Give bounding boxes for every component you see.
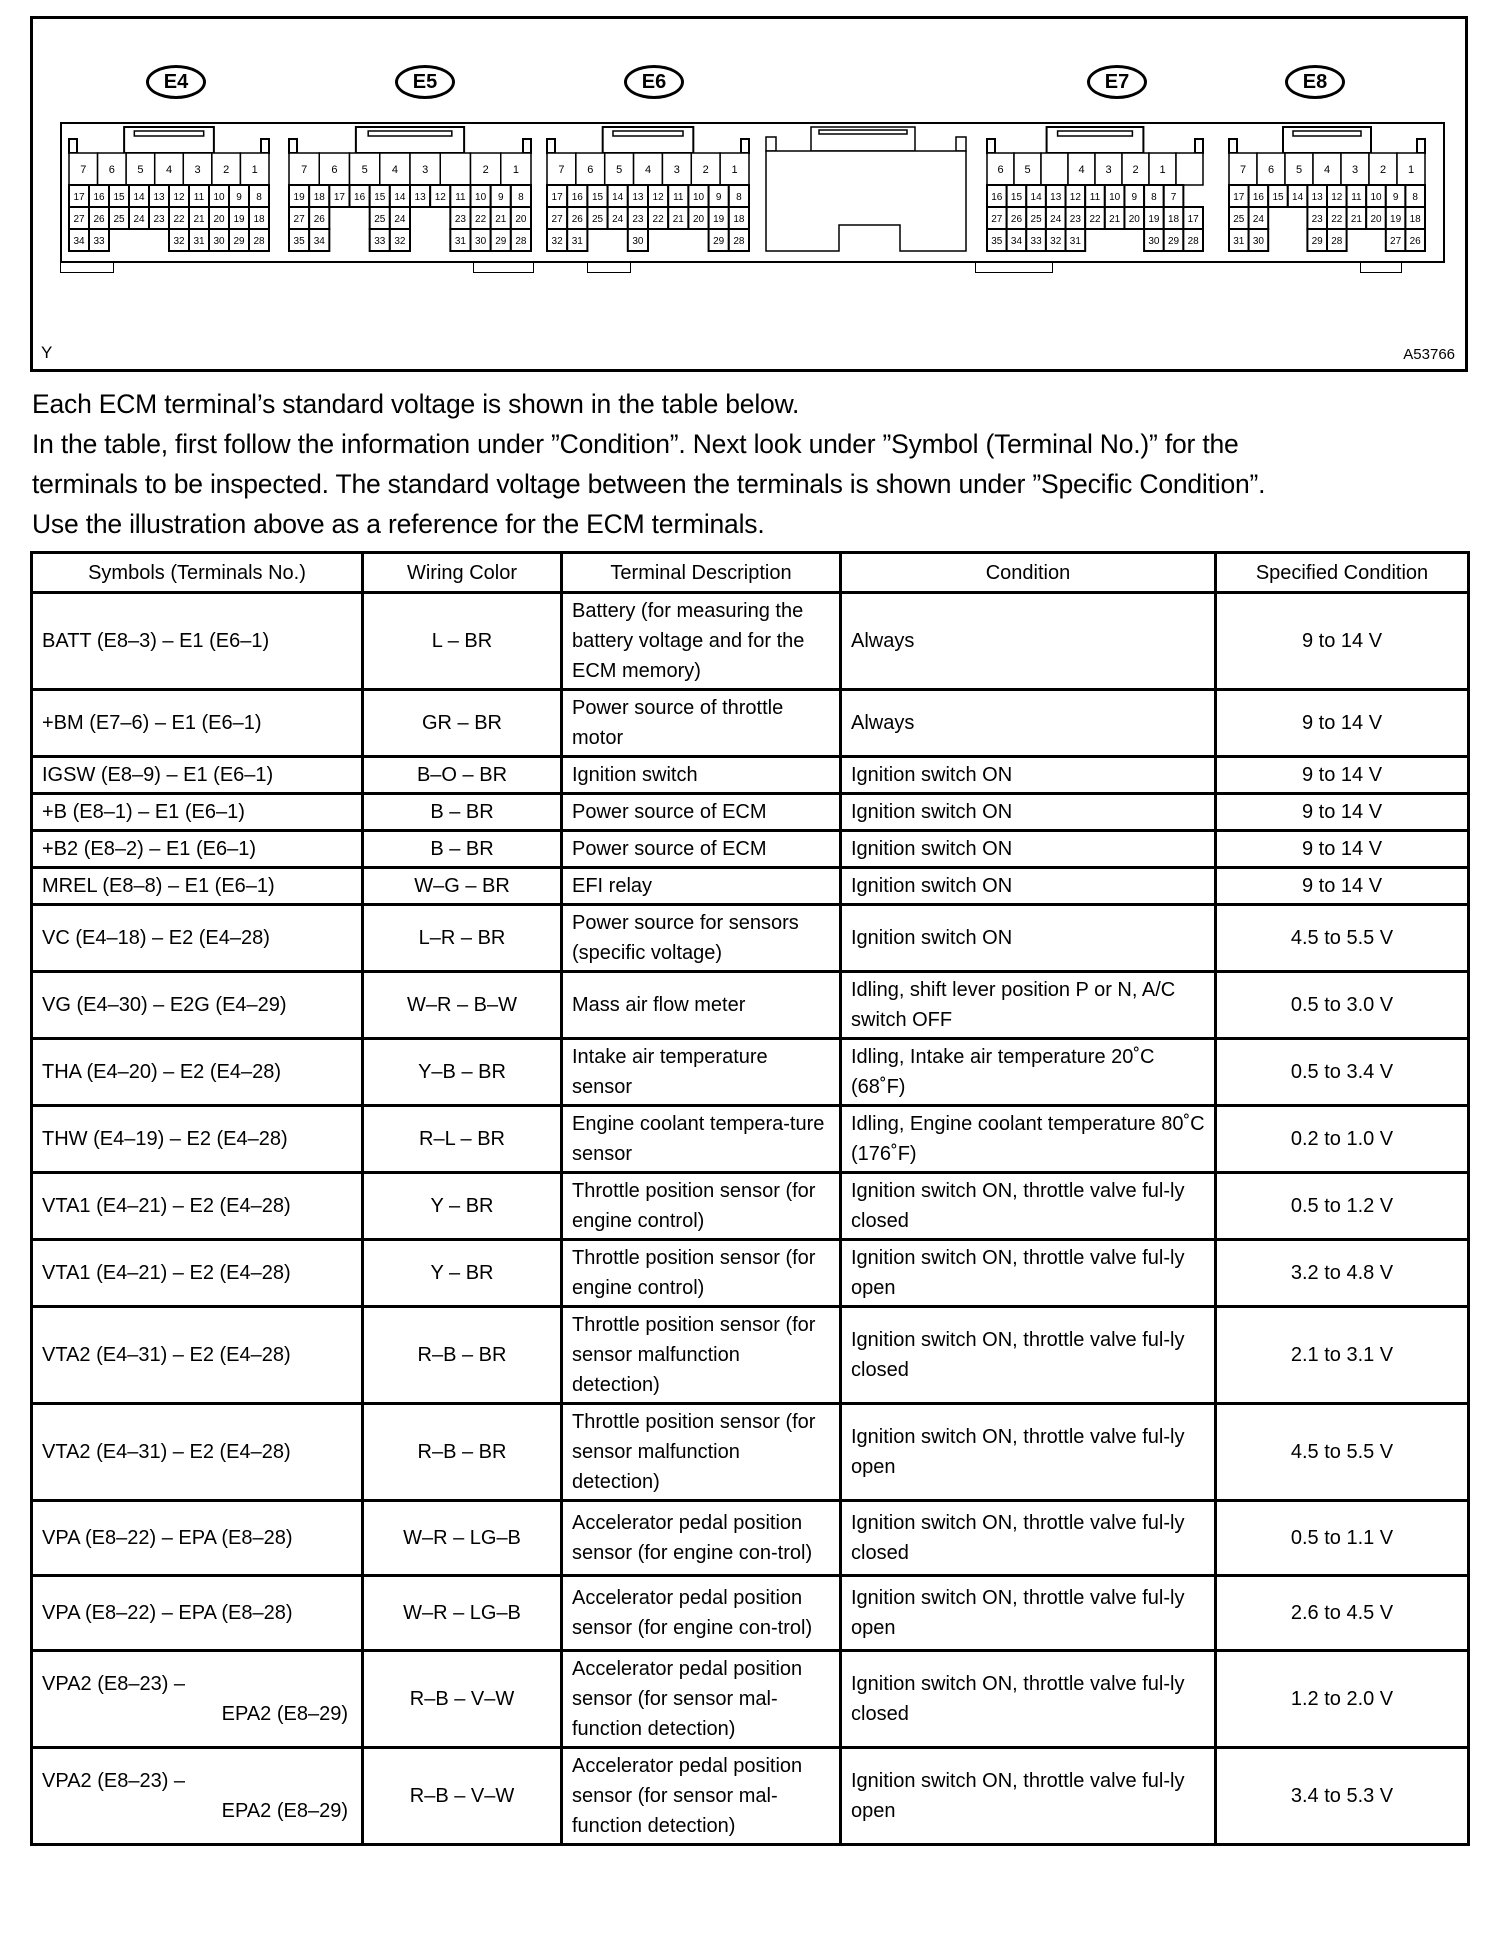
cell-symbol: VPA (E8–22) – EPA (E8–28) <box>32 1501 363 1576</box>
svg-text:15: 15 <box>1011 192 1023 203</box>
table-row: THA (E4–20) – E2 (E4–28)Y–B – BRIntake a… <box>32 1039 1469 1106</box>
svg-text:27: 27 <box>991 214 1003 225</box>
svg-text:1: 1 <box>1159 164 1165 176</box>
svg-text:19: 19 <box>713 214 725 225</box>
svg-text:14: 14 <box>133 192 145 203</box>
svg-text:2: 2 <box>703 164 709 176</box>
cell-symbol: VTA1 (E4–21) – E2 (E4–28) <box>32 1240 363 1307</box>
svg-text:12: 12 <box>1070 192 1082 203</box>
cell-wiring-color: B – BR <box>363 831 562 868</box>
svg-text:31: 31 <box>572 236 584 247</box>
connector-label-e4: E4 <box>146 65 206 99</box>
intro-line: Each ECM terminal’s standard voltage is … <box>32 384 1472 424</box>
svg-text:2: 2 <box>1380 164 1386 176</box>
svg-text:25: 25 <box>113 214 125 225</box>
cell-wiring-color: R–L – BR <box>363 1106 562 1173</box>
svg-text:17: 17 <box>334 192 346 203</box>
svg-text:14: 14 <box>1031 192 1043 203</box>
cell-terminal-description: Battery (for measuring the battery volta… <box>562 593 841 690</box>
cell-terminal-description: Engine coolant tempera-ture sensor <box>562 1106 841 1173</box>
cell-terminal-description: Power source for sensors (specific volta… <box>562 905 841 972</box>
cell-condition: Always <box>841 690 1216 757</box>
cell-specified-condition: 9 to 14 V <box>1216 690 1469 757</box>
table-row: +BM (E7–6) – E1 (E6–1)GR – BRPower sourc… <box>32 690 1469 757</box>
svg-text:1: 1 <box>732 164 738 176</box>
svg-text:9: 9 <box>1131 192 1137 203</box>
svg-text:28: 28 <box>1331 236 1343 247</box>
table-row: VG (E4–30) – E2G (E4–29)W–R – B–WMass ai… <box>32 972 1469 1039</box>
svg-text:25: 25 <box>1031 214 1043 225</box>
header-terminal-description: Terminal Description <box>562 553 841 593</box>
svg-text:35: 35 <box>294 236 306 247</box>
header-condition: Condition <box>841 553 1216 593</box>
cell-specified-condition: 3.2 to 4.8 V <box>1216 1240 1469 1307</box>
svg-text:8: 8 <box>736 192 742 203</box>
cell-wiring-color: W–R – LG–B <box>363 1501 562 1576</box>
cell-terminal-description: Intake air temperature sensor <box>562 1039 841 1106</box>
svg-text:11: 11 <box>194 192 205 203</box>
cell-symbol: VPA2 (E8–23) –EPA2 (E8–29) <box>32 1651 363 1748</box>
svg-text:19: 19 <box>1390 214 1402 225</box>
cell-specified-condition: 0.5 to 1.1 V <box>1216 1501 1469 1576</box>
cell-symbol: THA (E4–20) – E2 (E4–28) <box>32 1039 363 1106</box>
svg-text:16: 16 <box>991 192 1003 203</box>
cell-condition: Ignition switch ON, throttle valve ful-l… <box>841 1307 1216 1404</box>
cell-condition: Ignition switch ON, throttle valve ful-l… <box>841 1404 1216 1501</box>
cell-condition: Ignition switch ON <box>841 868 1216 905</box>
cell-wiring-color: W–R – LG–B <box>363 1576 562 1651</box>
cell-wiring-color: L – BR <box>363 593 562 690</box>
svg-text:3: 3 <box>422 164 428 176</box>
cell-symbol: VTA2 (E4–31) – E2 (E4–28) <box>32 1404 363 1501</box>
svg-text:8: 8 <box>256 192 262 203</box>
svg-text:32: 32 <box>552 236 564 247</box>
cell-terminal-description: Throttle position sensor (for sensor mal… <box>562 1307 841 1404</box>
connector-label-e6: E6 <box>624 65 684 99</box>
svg-text:18: 18 <box>733 214 745 225</box>
connector-e6: 7654321171615141312111098272625242322212… <box>545 125 751 255</box>
svg-text:23: 23 <box>632 214 644 225</box>
cell-terminal-description: Ignition switch <box>562 757 841 794</box>
svg-text:1: 1 <box>1408 164 1414 176</box>
svg-text:22: 22 <box>173 214 185 225</box>
cell-wiring-color: Y–B – BR <box>363 1039 562 1106</box>
svg-text:14: 14 <box>1292 192 1304 203</box>
cell-condition: Ignition switch ON, throttle valve ful-l… <box>841 1576 1216 1651</box>
svg-text:29: 29 <box>713 236 725 247</box>
svg-text:16: 16 <box>572 192 584 203</box>
cell-specified-condition: 1.2 to 2.0 V <box>1216 1651 1469 1748</box>
svg-text:4: 4 <box>1078 164 1084 176</box>
svg-text:25: 25 <box>1233 214 1245 225</box>
svg-text:26: 26 <box>93 214 105 225</box>
svg-text:20: 20 <box>1129 214 1141 225</box>
svg-text:33: 33 <box>93 236 105 247</box>
svg-text:27: 27 <box>73 214 85 225</box>
svg-text:21: 21 <box>1109 214 1121 225</box>
cell-condition: Ignition switch ON, throttle valve ful-l… <box>841 1240 1216 1307</box>
svg-text:8: 8 <box>1151 192 1157 203</box>
svg-text:15: 15 <box>592 192 604 203</box>
cell-symbol: +B2 (E8–2) – E1 (E6–1) <box>32 831 363 868</box>
svg-text:20: 20 <box>213 214 225 225</box>
intro-line: terminals to be inspected. The standard … <box>32 464 1472 504</box>
svg-text:21: 21 <box>1351 214 1363 225</box>
svg-text:17: 17 <box>1188 214 1200 225</box>
table-row: MREL (E8–8) – E1 (E6–1)W–G – BREFI relay… <box>32 868 1469 905</box>
terminal-voltage-table: Symbols (Terminals No.) Wiring Color Ter… <box>30 551 1470 1846</box>
svg-text:18: 18 <box>314 192 326 203</box>
svg-text:30: 30 <box>1253 236 1265 247</box>
cell-terminal-description: Accelerator pedal position sensor (for s… <box>562 1748 841 1845</box>
svg-text:24: 24 <box>612 214 624 225</box>
symbol-line: VPA2 (E8–23) – <box>42 1770 185 1792</box>
table-row: +B2 (E8–2) – E1 (E6–1)B – BRPower source… <box>32 831 1469 868</box>
cell-condition: Ignition switch ON <box>841 757 1216 794</box>
cell-wiring-color: Y – BR <box>363 1240 562 1307</box>
symbol-line: VPA2 (E8–23) – <box>42 1673 185 1695</box>
svg-text:31: 31 <box>193 236 205 247</box>
table-row: VTA1 (E4–21) – E2 (E4–28)Y – BRThrottle … <box>32 1240 1469 1307</box>
cell-specified-condition: 0.2 to 1.0 V <box>1216 1106 1469 1173</box>
ecm-connector-figure: E4 E5 E6 E7 E8 7654321171615141312111098… <box>30 16 1468 372</box>
svg-text:11: 11 <box>1090 192 1101 203</box>
svg-text:4: 4 <box>392 164 398 176</box>
svg-text:12: 12 <box>1331 192 1343 203</box>
svg-text:13: 13 <box>153 192 165 203</box>
svg-text:32: 32 <box>394 236 406 247</box>
svg-text:5: 5 <box>1296 164 1302 176</box>
symbol-line: EPA2 (E8–29) <box>42 1699 352 1729</box>
svg-text:31: 31 <box>455 236 467 247</box>
svg-text:23: 23 <box>1312 214 1324 225</box>
svg-text:30: 30 <box>1148 236 1160 247</box>
svg-text:19: 19 <box>294 192 306 203</box>
cell-condition: Ignition switch ON <box>841 794 1216 831</box>
svg-text:18: 18 <box>1410 214 1422 225</box>
svg-text:10: 10 <box>1109 192 1121 203</box>
cell-wiring-color: R–B – BR <box>363 1404 562 1501</box>
cell-symbol: THW (E4–19) – E2 (E4–28) <box>32 1106 363 1173</box>
svg-text:22: 22 <box>1089 214 1101 225</box>
cell-condition: Ignition switch ON <box>841 831 1216 868</box>
svg-text:9: 9 <box>236 192 242 203</box>
cell-terminal-description: Throttle position sensor (for engine con… <box>562 1240 841 1307</box>
svg-text:22: 22 <box>1331 214 1343 225</box>
svg-text:34: 34 <box>314 236 326 247</box>
cell-specified-condition: 9 to 14 V <box>1216 868 1469 905</box>
svg-text:12: 12 <box>653 192 665 203</box>
svg-text:29: 29 <box>495 236 507 247</box>
svg-text:21: 21 <box>495 214 507 225</box>
svg-text:9: 9 <box>1393 192 1399 203</box>
table-row: IGSW (E8–9) – E1 (E6–1)B–O – BRIgnition … <box>32 757 1469 794</box>
svg-text:17: 17 <box>552 192 564 203</box>
cell-terminal-description: Throttle position sensor (for sensor mal… <box>562 1404 841 1501</box>
cell-wiring-color: B–O – BR <box>363 757 562 794</box>
symbol-line: EPA2 (E8–29) <box>42 1796 352 1826</box>
cell-specified-condition: 9 to 14 V <box>1216 757 1469 794</box>
connector-label-e8: E8 <box>1285 65 1345 99</box>
svg-text:8: 8 <box>1412 192 1418 203</box>
svg-text:6: 6 <box>997 164 1003 176</box>
header-wiring-color: Wiring Color <box>363 553 562 593</box>
cell-terminal-description: EFI relay <box>562 868 841 905</box>
cell-specified-condition: 9 to 14 V <box>1216 593 1469 690</box>
svg-text:16: 16 <box>1253 192 1265 203</box>
table-row: VPA2 (E8–23) –EPA2 (E8–29)R–B – V–WAccel… <box>32 1651 1469 1748</box>
cell-condition: Ignition switch ON <box>841 905 1216 972</box>
cell-wiring-color: R–B – BR <box>363 1307 562 1404</box>
figure-id: A53766 <box>1403 346 1455 363</box>
svg-text:5: 5 <box>137 164 143 176</box>
intro-line: Use the illustration above as a referenc… <box>32 504 1472 544</box>
cell-terminal-description: Power source of ECM <box>562 794 841 831</box>
svg-text:20: 20 <box>693 214 705 225</box>
table-row: VTA1 (E4–21) – E2 (E4–28)Y – BRThrottle … <box>32 1173 1469 1240</box>
svg-text:32: 32 <box>173 236 185 247</box>
svg-text:28: 28 <box>733 236 745 247</box>
housing-tab <box>60 263 114 273</box>
cell-terminal-description: Accelerator pedal position sensor (for s… <box>562 1651 841 1748</box>
housing-tab <box>473 263 534 273</box>
svg-text:11: 11 <box>1351 192 1362 203</box>
svg-text:22: 22 <box>475 214 487 225</box>
svg-text:24: 24 <box>1050 214 1062 225</box>
table-row: VPA2 (E8–23) –EPA2 (E8–29)R–B – V–WAccel… <box>32 1748 1469 1845</box>
svg-text:29: 29 <box>1168 236 1180 247</box>
svg-text:16: 16 <box>93 192 105 203</box>
svg-text:9: 9 <box>498 192 504 203</box>
svg-text:30: 30 <box>213 236 225 247</box>
svg-text:9: 9 <box>716 192 722 203</box>
svg-text:3: 3 <box>1105 164 1111 176</box>
svg-text:7: 7 <box>80 164 86 176</box>
cell-symbol: VPA2 (E8–23) –EPA2 (E8–29) <box>32 1748 363 1845</box>
connector-unused <box>763 125 973 255</box>
cell-wiring-color: R–B – V–W <box>363 1748 562 1845</box>
svg-text:30: 30 <box>632 236 644 247</box>
svg-text:19: 19 <box>233 214 245 225</box>
cell-condition: Idling, Intake air temperature 20˚C (68˚… <box>841 1039 1216 1106</box>
table-row: VTA2 (E4–31) – E2 (E4–28)R–B – BRThrottl… <box>32 1404 1469 1501</box>
svg-text:31: 31 <box>1070 236 1082 247</box>
cell-symbol: +B (E8–1) – E1 (E6–1) <box>32 794 363 831</box>
svg-text:24: 24 <box>1253 214 1265 225</box>
cell-symbol: BATT (E8–3) – E1 (E6–1) <box>32 593 363 690</box>
svg-text:28: 28 <box>515 236 527 247</box>
cell-symbol: VTA2 (E4–31) – E2 (E4–28) <box>32 1307 363 1404</box>
svg-text:15: 15 <box>1272 192 1284 203</box>
cell-condition: Ignition switch ON, throttle valve ful-l… <box>841 1173 1216 1240</box>
svg-text:26: 26 <box>314 214 326 225</box>
cell-symbol: +BM (E7–6) – E1 (E6–1) <box>32 690 363 757</box>
table-row: BATT (E8–3) – E1 (E6–1)L – BRBattery (fo… <box>32 593 1469 690</box>
svg-text:5: 5 <box>616 164 622 176</box>
svg-text:1: 1 <box>513 164 519 176</box>
svg-text:14: 14 <box>612 192 624 203</box>
svg-text:4: 4 <box>645 164 651 176</box>
cell-specified-condition: 0.5 to 3.0 V <box>1216 972 1469 1039</box>
cell-wiring-color: Y – BR <box>363 1173 562 1240</box>
cell-terminal-description: Mass air flow meter <box>562 972 841 1039</box>
svg-text:13: 13 <box>415 192 427 203</box>
svg-text:3: 3 <box>1352 164 1358 176</box>
table-row: VPA (E8–22) – EPA (E8–28)W–R – LG–BAccel… <box>32 1576 1469 1651</box>
cell-specified-condition: 0.5 to 3.4 V <box>1216 1039 1469 1106</box>
table-row: VTA2 (E4–31) – E2 (E4–28)R–B – BRThrottl… <box>32 1307 1469 1404</box>
cell-wiring-color: B – BR <box>363 794 562 831</box>
header-specified-condition: Specified Condition <box>1216 553 1469 593</box>
cell-symbol: IGSW (E8–9) – E1 (E6–1) <box>32 757 363 794</box>
cell-specified-condition: 9 to 14 V <box>1216 794 1469 831</box>
cell-symbol: VPA (E8–22) – EPA (E8–28) <box>32 1576 363 1651</box>
cell-terminal-description: Throttle position sensor (for engine con… <box>562 1173 841 1240</box>
svg-text:28: 28 <box>1188 236 1200 247</box>
svg-text:15: 15 <box>374 192 386 203</box>
connector-label-e5: E5 <box>395 65 455 99</box>
cell-specified-condition: 3.4 to 5.3 V <box>1216 1748 1469 1845</box>
svg-text:30: 30 <box>475 236 487 247</box>
svg-text:21: 21 <box>193 214 205 225</box>
cell-wiring-color: W–R – B–W <box>363 972 562 1039</box>
svg-text:13: 13 <box>1050 192 1062 203</box>
cell-wiring-color: R–B – V–W <box>363 1651 562 1748</box>
svg-text:7: 7 <box>558 164 564 176</box>
housing-tab <box>975 263 1053 273</box>
cell-specified-condition: 2.1 to 3.1 V <box>1216 1307 1469 1404</box>
svg-text:6: 6 <box>1268 164 1274 176</box>
svg-text:29: 29 <box>233 236 245 247</box>
table-header-row: Symbols (Terminals No.) Wiring Color Ter… <box>32 553 1469 593</box>
svg-text:22: 22 <box>653 214 665 225</box>
svg-text:19: 19 <box>1148 214 1160 225</box>
svg-text:24: 24 <box>133 214 145 225</box>
svg-text:34: 34 <box>1011 236 1023 247</box>
svg-text:18: 18 <box>1168 214 1180 225</box>
intro-text: Each ECM terminal’s standard voltage is … <box>32 384 1472 544</box>
svg-text:11: 11 <box>455 192 466 203</box>
cell-symbol: VTA1 (E4–21) – E2 (E4–28) <box>32 1173 363 1240</box>
svg-text:13: 13 <box>632 192 644 203</box>
cell-terminal-description: Accelerator pedal position sensor (for e… <box>562 1501 841 1576</box>
cell-specified-condition: 4.5 to 5.5 V <box>1216 905 1469 972</box>
connector-e7: 6543211615141312111098727262524232221201… <box>985 125 1205 255</box>
svg-text:5: 5 <box>1024 164 1030 176</box>
svg-text:27: 27 <box>1390 236 1402 247</box>
figure-corner-letter: Y <box>41 343 52 363</box>
svg-text:3: 3 <box>195 164 201 176</box>
table-row: THW (E4–19) – E2 (E4–28)R–L – BREngine c… <box>32 1106 1469 1173</box>
svg-text:6: 6 <box>587 164 593 176</box>
svg-text:23: 23 <box>1070 214 1082 225</box>
cell-condition: Ignition switch ON, throttle valve ful-l… <box>841 1501 1216 1576</box>
connector-e5: 7654321191817161514131211109827262524232… <box>287 125 533 255</box>
svg-text:21: 21 <box>673 214 685 225</box>
svg-text:12: 12 <box>173 192 185 203</box>
svg-text:10: 10 <box>1370 192 1382 203</box>
svg-text:17: 17 <box>1233 192 1245 203</box>
svg-text:6: 6 <box>331 164 337 176</box>
svg-text:16: 16 <box>354 192 366 203</box>
svg-text:11: 11 <box>673 192 684 203</box>
table-row: +B (E8–1) – E1 (E6–1)B – BRPower source … <box>32 794 1469 831</box>
cell-condition: Ignition switch ON, throttle valve ful-l… <box>841 1651 1216 1748</box>
cell-symbol: MREL (E8–8) – E1 (E6–1) <box>32 868 363 905</box>
table-row: VPA (E8–22) – EPA (E8–28)W–R – LG–BAccel… <box>32 1501 1469 1576</box>
svg-text:1: 1 <box>252 164 258 176</box>
svg-text:15: 15 <box>113 192 125 203</box>
connector-e8: 7654321171615141312111098252423222120191… <box>1227 125 1427 255</box>
svg-text:6: 6 <box>109 164 115 176</box>
cell-condition: Always <box>841 593 1216 690</box>
svg-text:33: 33 <box>1031 236 1043 247</box>
housing-tab <box>587 263 631 273</box>
cell-specified-condition: 9 to 14 V <box>1216 831 1469 868</box>
cell-terminal-description: Power source of ECM <box>562 831 841 868</box>
cell-wiring-color: L–R – BR <box>363 905 562 972</box>
intro-line: In the table, first follow the informati… <box>32 424 1472 464</box>
svg-text:20: 20 <box>1370 214 1382 225</box>
svg-text:4: 4 <box>166 164 172 176</box>
svg-text:2: 2 <box>223 164 229 176</box>
table-row: VC (E4–18) – E2 (E4–28)L–R – BRPower sou… <box>32 905 1469 972</box>
svg-text:14: 14 <box>394 192 406 203</box>
cell-specified-condition: 2.6 to 4.5 V <box>1216 1576 1469 1651</box>
svg-text:28: 28 <box>253 236 265 247</box>
svg-text:23: 23 <box>455 214 467 225</box>
svg-text:13: 13 <box>1312 192 1324 203</box>
svg-text:25: 25 <box>374 214 386 225</box>
cell-symbol: VC (E4–18) – E2 (E4–28) <box>32 905 363 972</box>
svg-text:2: 2 <box>483 164 489 176</box>
cell-symbol: VG (E4–30) – E2G (E4–29) <box>32 972 363 1039</box>
cell-wiring-color: W–G – BR <box>363 868 562 905</box>
housing-tab <box>1360 263 1402 273</box>
svg-text:4: 4 <box>1324 164 1330 176</box>
connector-e4: 7654321171615141312111098272625242322212… <box>67 125 271 255</box>
svg-text:20: 20 <box>515 214 527 225</box>
svg-text:24: 24 <box>394 214 406 225</box>
svg-text:18: 18 <box>253 214 265 225</box>
svg-text:7: 7 <box>1171 192 1177 203</box>
svg-text:33: 33 <box>374 236 386 247</box>
svg-text:12: 12 <box>435 192 447 203</box>
header-symbols: Symbols (Terminals No.) <box>32 553 363 593</box>
svg-text:7: 7 <box>1240 164 1246 176</box>
cell-condition: Idling, Engine coolant temperature 80˚C … <box>841 1106 1216 1173</box>
cell-terminal-description: Accelerator pedal position sensor (for e… <box>562 1576 841 1651</box>
svg-text:29: 29 <box>1312 236 1324 247</box>
svg-text:26: 26 <box>572 214 584 225</box>
cell-condition: Ignition switch ON, throttle valve ful-l… <box>841 1748 1216 1845</box>
svg-text:34: 34 <box>73 236 85 247</box>
svg-text:17: 17 <box>73 192 85 203</box>
svg-text:27: 27 <box>294 214 306 225</box>
svg-text:23: 23 <box>153 214 165 225</box>
cell-wiring-color: GR – BR <box>363 690 562 757</box>
svg-text:7: 7 <box>301 164 307 176</box>
svg-text:10: 10 <box>475 192 487 203</box>
svg-text:32: 32 <box>1050 236 1062 247</box>
connector-label-e7: E7 <box>1087 65 1147 99</box>
svg-text:2: 2 <box>1132 164 1138 176</box>
svg-text:8: 8 <box>518 192 524 203</box>
cell-terminal-description: Power source of throttle motor <box>562 690 841 757</box>
svg-text:31: 31 <box>1233 236 1245 247</box>
svg-text:10: 10 <box>693 192 705 203</box>
cell-specified-condition: 4.5 to 5.5 V <box>1216 1404 1469 1501</box>
